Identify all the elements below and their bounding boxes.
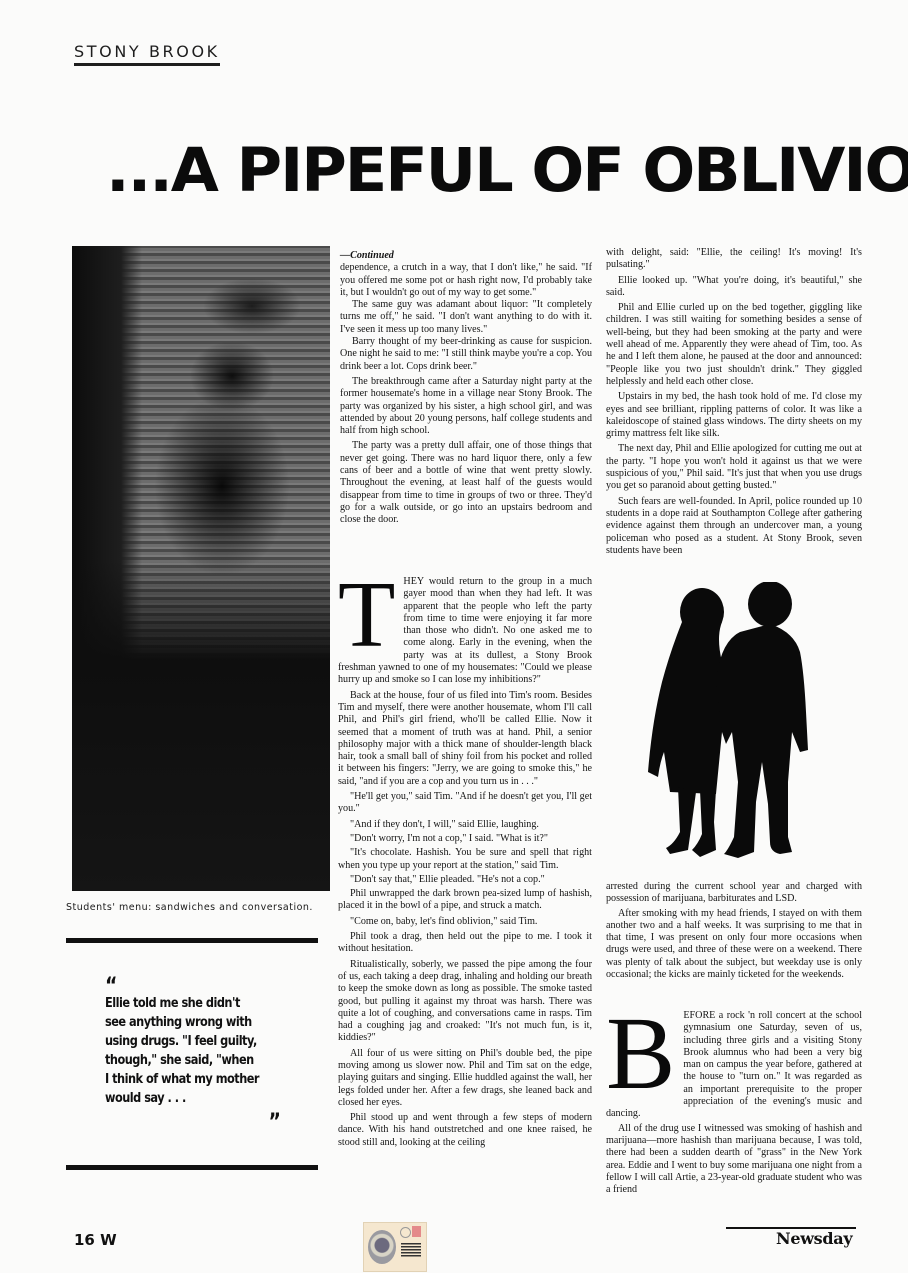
- headline: ...A PIPEFUL OF OBLIVION: [106, 138, 861, 204]
- paragraph: "And if they don't, I will," said Ellie,…: [338, 819, 592, 831]
- paragraph: "Don't worry, I'm not a cop," I said. "W…: [338, 833, 592, 845]
- paragraph: "He'll get you," said Tim. "And if he do…: [338, 791, 592, 816]
- photo-caption: Students' menu: sandwiches and conversat…: [66, 902, 313, 913]
- postage-stamp-icon: [412, 1226, 421, 1237]
- open-quote-icon: “: [105, 980, 260, 994]
- paragraph: After smoking with my head friends, I st…: [606, 908, 862, 982]
- paragraph: Upstairs in my bed, the hash took hold o…: [606, 391, 862, 440]
- paragraph: Ritualistically, soberly, we passed the …: [338, 959, 592, 1045]
- paragraph: Phil unwrapped the dark brown pea-sized …: [338, 888, 592, 913]
- paragraph: dependence, a crutch in a way, that I do…: [340, 262, 592, 299]
- paragraph: The same guy was adamant about liquor: "…: [340, 299, 592, 336]
- paragraph: "It's chocolate. Hashish. You be sure an…: [338, 847, 592, 872]
- stamp-text-lines: [401, 1243, 421, 1257]
- seal-icon: [400, 1227, 411, 1238]
- paragraph: Ellie looked up. "What you're doing, it'…: [606, 275, 862, 300]
- students-photo: [72, 246, 330, 891]
- article-column-middle-bottom: T HEY would return to the group in a muc…: [338, 576, 592, 1149]
- article-column-right-dropcap: B EFORE a rock 'n roll concert at the sc…: [606, 1010, 862, 1196]
- publication-name: Newsday: [776, 1229, 852, 1248]
- pull-quote: “ Ellie told me she didn't see anything …: [105, 980, 260, 1130]
- couple-silhouette-image: [630, 582, 850, 872]
- paragraph: All of the drug use I witnessed was smok…: [606, 1123, 862, 1197]
- paragraph: Barry thought of my beer-drinking as cau…: [340, 336, 592, 373]
- article-column-middle-top: —Continued dependence, a crutch in a way…: [340, 250, 592, 527]
- paragraph: "Don't say that," Ellie pleaded. "He's n…: [338, 874, 592, 886]
- paragraph: Phil stood up and went through a few ste…: [338, 1112, 592, 1149]
- archive-stamp-image: [363, 1222, 427, 1272]
- paragraph: with delight, said: "Ellie, the ceiling!…: [606, 247, 862, 272]
- paragraph: Phil took a drag, then held out the pipe…: [338, 931, 592, 956]
- divider-rule: [66, 938, 318, 943]
- continued-label: —Continued: [340, 250, 592, 262]
- paragraph: All four of us were sitting on Phil's do…: [338, 1048, 592, 1109]
- divider-rule: [66, 1165, 318, 1170]
- paragraph: The next day, Phil and Ellie apologized …: [606, 443, 862, 492]
- dropcap-t: T: [338, 576, 395, 656]
- article-column-right-bottom: arrested during the current school year …: [606, 881, 862, 981]
- paragraph: The party was a pretty dull affair, one …: [340, 440, 592, 526]
- medal-icon: [368, 1230, 396, 1264]
- paragraph: "Come on, baby, let's find oblivion," sa…: [338, 916, 592, 928]
- dropcap-b: B: [606, 1010, 675, 1098]
- paragraph: The breakthrough came after a Saturday n…: [340, 376, 592, 437]
- paragraph: arrested during the current school year …: [606, 881, 862, 906]
- paragraph: Back at the house, four of us filed into…: [338, 690, 592, 788]
- paragraph: Such fears are well-founded. In April, p…: [606, 496, 862, 557]
- pull-quote-text: Ellie told me she didn't see anything wr…: [105, 996, 259, 1106]
- page-number: 16 W: [74, 1231, 117, 1249]
- section-label: STONY BROOK: [74, 43, 220, 66]
- paragraph: Phil and Ellie curled up on the bed toge…: [606, 302, 862, 388]
- close-quote-icon: ”: [105, 1116, 280, 1130]
- article-column-right-top: with delight, said: "Ellie, the ceiling!…: [606, 247, 862, 557]
